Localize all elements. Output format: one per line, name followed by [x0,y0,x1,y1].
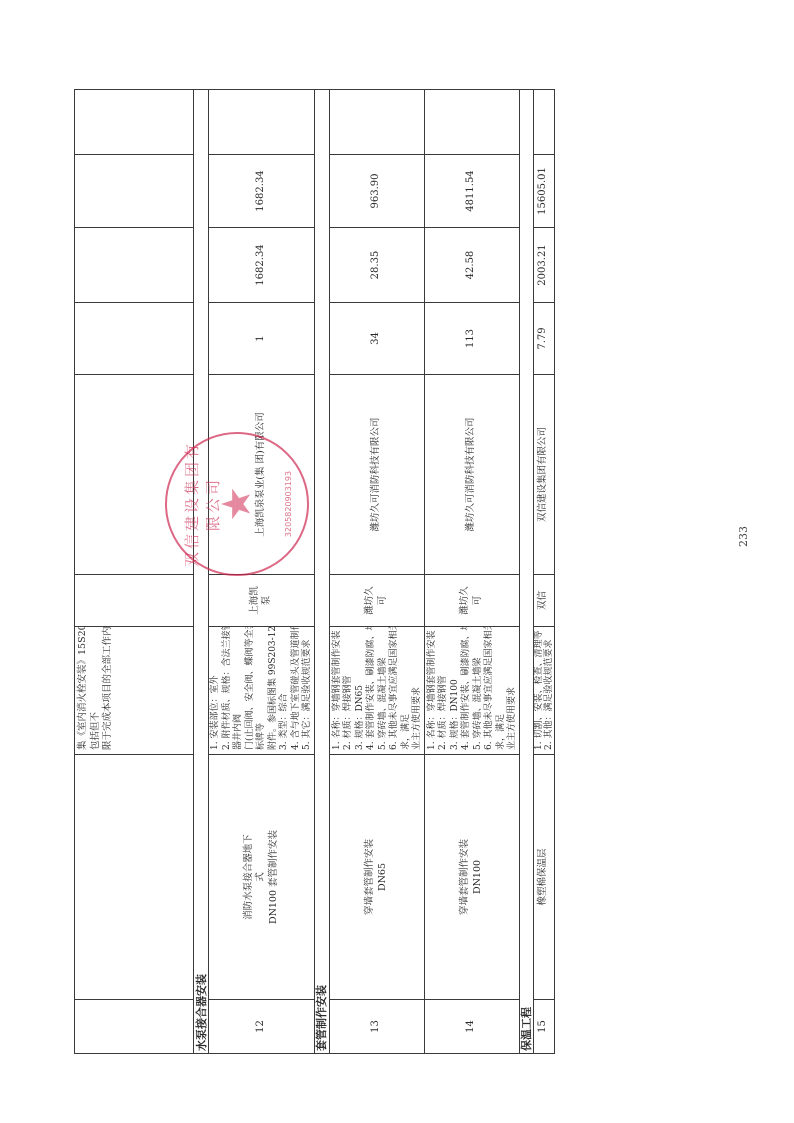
description-line: 业主方使用要求 [412,631,424,750]
description-line: 业主方使用要求 [507,631,519,750]
item-amount: 1682.34 [209,155,315,228]
description-line: 器井内阀 [233,631,245,750]
item-unit-price: 1682.34 [209,228,315,303]
table-row: 13 穿墙套管制作安装 DN65 1. 名称：穿墙钢套管制作安装 2. 材质：焊… [329,90,424,1054]
description-line: 2. 附件材质、规格：含法兰接管及弯头、接合 [222,631,234,750]
table-row: 12 消防水泵接合器地下 式 DN100 套管制作安装 1. 安装部位：室外 2… [209,90,315,1054]
description-line: 标牌等 [256,631,268,750]
description-line: 5. 穿砖墙、混凝土墙梁 [378,631,390,750]
section-title: 套管制作安装 [314,90,329,1054]
item-amount: 4811.54 [424,155,519,228]
section-header-row: 套管制作安装 [314,90,329,1054]
item-brand: 双信 [533,575,554,627]
item-quantity: 7.79 [533,303,554,375]
description-line: 4. 套管制作安装、刷漆防腐、堵料封堵等 [366,631,378,750]
description-line: 集《室内消火栓安装》15S202-65 的制作标准， [77,631,90,750]
item-manufacturer: 潍坊久可消防科技有限公司 [329,375,424,575]
section-title: 水泵接合器安装 [194,90,209,1054]
description-line: 3. 类型：综合 [279,631,291,750]
description-line: 1. 名称：穿墙钢套管制作安装 [332,631,344,750]
item-manufacturer: 双信建设集团有限公司 [533,375,554,575]
item-name-line: DN100 套管制作安装 [268,759,281,995]
description-line: 包括但不 [90,631,103,750]
description-line: 2. 其他：满足验收规范要求 [544,631,554,750]
description-line: 限于完成本项目的全部工作内容。 [102,631,115,750]
brand-line: 潍坊久 [364,579,377,622]
item-description: 1. 名称：穿墙钢套管制作安装 2. 材质：焊接钢管 3. 规格：DN65 4.… [329,627,424,755]
item-quantity: 34 [329,303,424,375]
item-name-line: 橡塑棉保温层 [537,759,550,995]
item-quantity: 1 [209,303,315,375]
brand-line: 泵 [261,579,274,622]
item-name: 穿墙套管制作安装 DN65 [329,755,424,1000]
section-title: 保温工程 [519,90,533,1054]
item-name-line: 消防水泵接合器地下 [243,759,256,995]
section-header-row: 保温工程 [519,90,533,1054]
description-line: 1. 名称：穿墙钢套管制作安装 [427,631,439,750]
description-line: 求，满足 [496,631,508,750]
description-line: 1. 安装部位：室外 [210,631,222,750]
description-line: 5. 穿砖墙、混凝土墙梁 [473,631,485,750]
item-unit-price: 28.35 [329,228,424,303]
empty-cell [75,90,194,155]
brand-line: 上海凯 [249,579,262,622]
brand-line: 可 [377,579,390,622]
item-remark [533,90,554,155]
empty-cell [75,155,194,228]
rotated-table-container: 集《室内消火栓安装》15S202-65 的制作标准， 包括但不 限于完成本项目的… [74,90,553,1054]
item-unit-price: 2003.21 [533,228,554,303]
brand-line: 潍坊久 [459,579,472,622]
item-unit-price: 42.58 [424,228,519,303]
brand-line: 可 [472,579,485,622]
item-description: 1. 切割、安装、检查、清理等 2. 其他：满足验收规范要求 [533,627,554,755]
page-number: 233 [737,526,750,547]
empty-cell [75,228,194,303]
item-brand: 潍坊久 可 [329,575,424,627]
item-brand: 潍坊久 可 [424,575,519,627]
item-amount: 963.90 [329,155,424,228]
description-line: 3. 规格：DN65 [355,631,367,750]
empty-cell [75,575,194,627]
description-line: 6. 其他未尽事宜应满足国家相关规范及使用要 [484,631,496,750]
description-line: 2. 材质：焊接钢管 [343,631,355,750]
item-number: 13 [329,1000,424,1054]
item-manufacturer: 上海凯泉泵业(集 团)有限公司 [209,375,315,575]
item-description: 1. 安装部位：室外 2. 附件材质、规格：含法兰接管及弯头、接合 器井内阀 门… [209,627,315,755]
description-line: 附件。参国标图集 99S203-12 [268,631,280,750]
section-header-row: 水泵接合器安装 [194,90,209,1054]
item-amount: 15605.01 [533,155,554,228]
description-line: 3. 规格：DN100 [450,631,462,750]
item-brand: 上海凯 泵 [209,575,315,627]
item-name-line: DN65 [377,759,390,995]
description-line: 6. 其他未尽事宜应满足国家相关规范及使用要 [389,631,401,750]
item-name-line: DN100 [472,759,485,995]
continuation-row: 集《室内消火栓安装》15S202-65 的制作标准， 包括但不 限于完成本项目的… [75,90,194,1054]
description-line: 2. 材质：焊接钢管 [438,631,450,750]
item-number: 15 [533,1000,554,1054]
item-quantity: 113 [424,303,519,375]
item-remark [329,90,424,155]
item-number: 14 [424,1000,519,1054]
item-name-line: 式 [255,759,268,995]
item-description: 1. 名称：穿墙钢套管制作安装 2. 材质：焊接钢管 3. 规格：DN100 4… [424,627,519,755]
item-manufacturer: 潍坊久可消防科技有限公司 [424,375,519,575]
empty-cell [75,375,194,575]
description-line: 1. 切割、安装、检查、清理等 [534,631,544,750]
description-line: 5. 其它：满足验收规范要求 [302,631,314,750]
table-row: 14 穿墙套管制作安装 DN100 1. 名称：穿墙钢套管制作安装 2. 材质：… [424,90,519,1054]
item-remark [209,90,315,155]
description-line: 4. 套管制作安装、刷漆防腐、堵料封堵等 [461,631,473,750]
item-name-line: 穿墙套管制作安装 [459,759,472,995]
name-cell [75,755,194,1000]
item-name: 穿墙套管制作安装 DN100 [424,755,519,1000]
item-number: 12 [209,1000,315,1054]
empty-cell [75,303,194,375]
item-name: 消防水泵接合器地下 式 DN100 套管制作安装 [209,755,315,1000]
item-remark [424,90,519,155]
item-name: 橡塑棉保温层 [533,755,554,1000]
description-cell: 集《室内消火栓安装》15S202-65 的制作标准， 包括但不 限于完成本项目的… [75,627,194,755]
description-line: 4. 含与地下室管碰头及管道制作安装、土方挖填 [291,631,303,750]
item-name-line: 穿墙套管制作安装 [364,759,377,995]
description-line: 门(止回阀、安全阀、蝶阀等全套)、弯管底座、 [245,631,257,750]
no-cell [75,1000,194,1054]
table-row: 15 橡塑棉保温层 1. 切割、安装、检查、清理等 2. 其他：满足验收规范要求… [533,90,554,1054]
bill-of-quantities-table: 集《室内消火栓安装》15S202-65 的制作标准， 包括但不 限于完成本项目的… [74,89,555,1054]
brand-line: 双信 [537,579,550,622]
description-line: 求，满足 [401,631,413,750]
